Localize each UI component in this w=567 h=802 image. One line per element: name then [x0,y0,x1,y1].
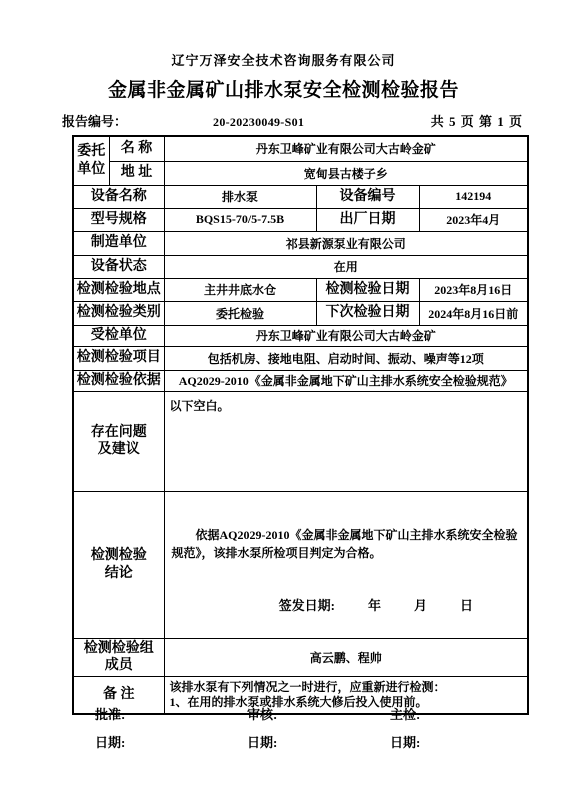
next-date-label: 下次检验日期 [316,301,419,325]
manufacturer-value: 祁县新源泵业有限公司 [164,231,528,255]
conclusion-text: 依据AQ2029-2010《金属非金属地下矿山主排水系统安全检验规范》，该排水泵… [172,526,521,563]
device-status-value: 在用 [164,255,528,278]
page-count: 共 5 页 第 1 页 [431,111,523,130]
client-address-label: 地 址 [109,161,164,185]
model-value: BQS15-70/5-7.5B [164,208,316,231]
issue-date-year: 年 [368,595,381,614]
client-name-label: 名 称 [109,136,164,161]
issue-date-line: 签发日期: 年 月 日 [167,595,526,614]
category-value: 委托检验 [164,301,316,325]
problems-label: 存在问题 及建议 [73,391,164,491]
factory-date-value: 2023年4月 [419,208,528,231]
report-table: 委托 单位 名 称 丹东卫峰矿业有限公司大古岭金矿 地 址 宽甸县古楼子乡 设备… [72,135,529,715]
approve-date-label: 日期: [95,732,125,751]
review-label: 审核: [247,704,277,723]
basis-value: AQ2029-2010《金属非金属地下矿山主排水系统安全检验规范》 [164,370,528,391]
issue-date-month: 月 [414,595,427,614]
conclusion-label: 检测检验 结论 [73,491,164,638]
factory-date-label: 出厂日期 [316,208,419,231]
client-unit-label: 委托 单位 [73,136,109,185]
chief-date-label: 日期: [390,732,420,751]
problems-value: 以下空白。 [164,391,528,491]
device-no-value: 142194 [419,185,528,208]
report-number-value: 20-20230049-S01 [213,115,304,130]
device-name-label: 设备名称 [73,185,164,208]
category-label: 检测检验类别 [73,301,164,325]
report-number-row: 报告编号： 20-20230049-S01 共 5 页 第 1 页 [62,111,537,130]
basis-label: 检测检验依据 [73,370,164,391]
location-label: 检测检验地点 [73,278,164,301]
remarks-value: 该排水泵有下列情况之一时进行，应重新进行检测： 1、在用的排水泵或排水系统大修后… [164,676,528,714]
items-label: 检测检验项目 [73,346,164,370]
items-value: 包括机房、接地电阻、启动时间、振动、噪声等12项 [164,346,528,370]
device-name-value: 排水泵 [164,185,316,208]
location-value: 主井井底水仓 [164,278,316,301]
issue-date-day: 日 [460,595,473,614]
client-address-value: 宽甸县古楼子乡 [164,161,528,185]
team-value: 高云鹏、程帅 [164,638,528,676]
approve-label: 批准: [95,704,125,723]
conclusion-cell: 依据AQ2029-2010《金属非金属地下矿山主排水系统安全检验规范》，该排水泵… [164,491,528,638]
model-label: 型号规格 [73,208,164,231]
inspected-unit-label: 受检单位 [73,325,164,346]
remarks-line1: 该排水泵有下列情况之一时进行，应重新进行检测： [170,680,523,695]
company-name: 辽宁万泽安全技术咨询服务有限公司 [0,0,567,69]
review-date-label: 日期: [247,732,277,751]
next-date-value: 2024年8月16日前 [419,301,528,325]
issue-date-label: 签发日期: [279,595,335,614]
client-name-value: 丹东卫峰矿业有限公司大古岭金矿 [164,136,528,161]
device-status-label: 设备状态 [73,255,164,278]
remarks-line2: 1、在用的排水泵或排水系统大修后投入使用前。 [170,695,523,710]
inspect-date-value: 2023年8月16日 [419,278,528,301]
inspected-unit-value: 丹东卫峰矿业有限公司大古岭金矿 [164,325,528,346]
inspect-date-label: 检测检验日期 [316,278,419,301]
team-label: 检测检验组 成员 [73,638,164,676]
report-page: 辽宁万泽安全技术咨询服务有限公司 金属非金属矿山排水泵安全检测检验报告 报告编号… [0,0,567,802]
device-no-label: 设备编号 [316,185,419,208]
chief-inspector-label: 主检: [390,704,420,723]
manufacturer-label: 制造单位 [73,231,164,255]
report-title: 金属非金属矿山排水泵安全检测检验报告 [0,75,567,102]
report-number-label: 报告编号： [62,111,127,130]
